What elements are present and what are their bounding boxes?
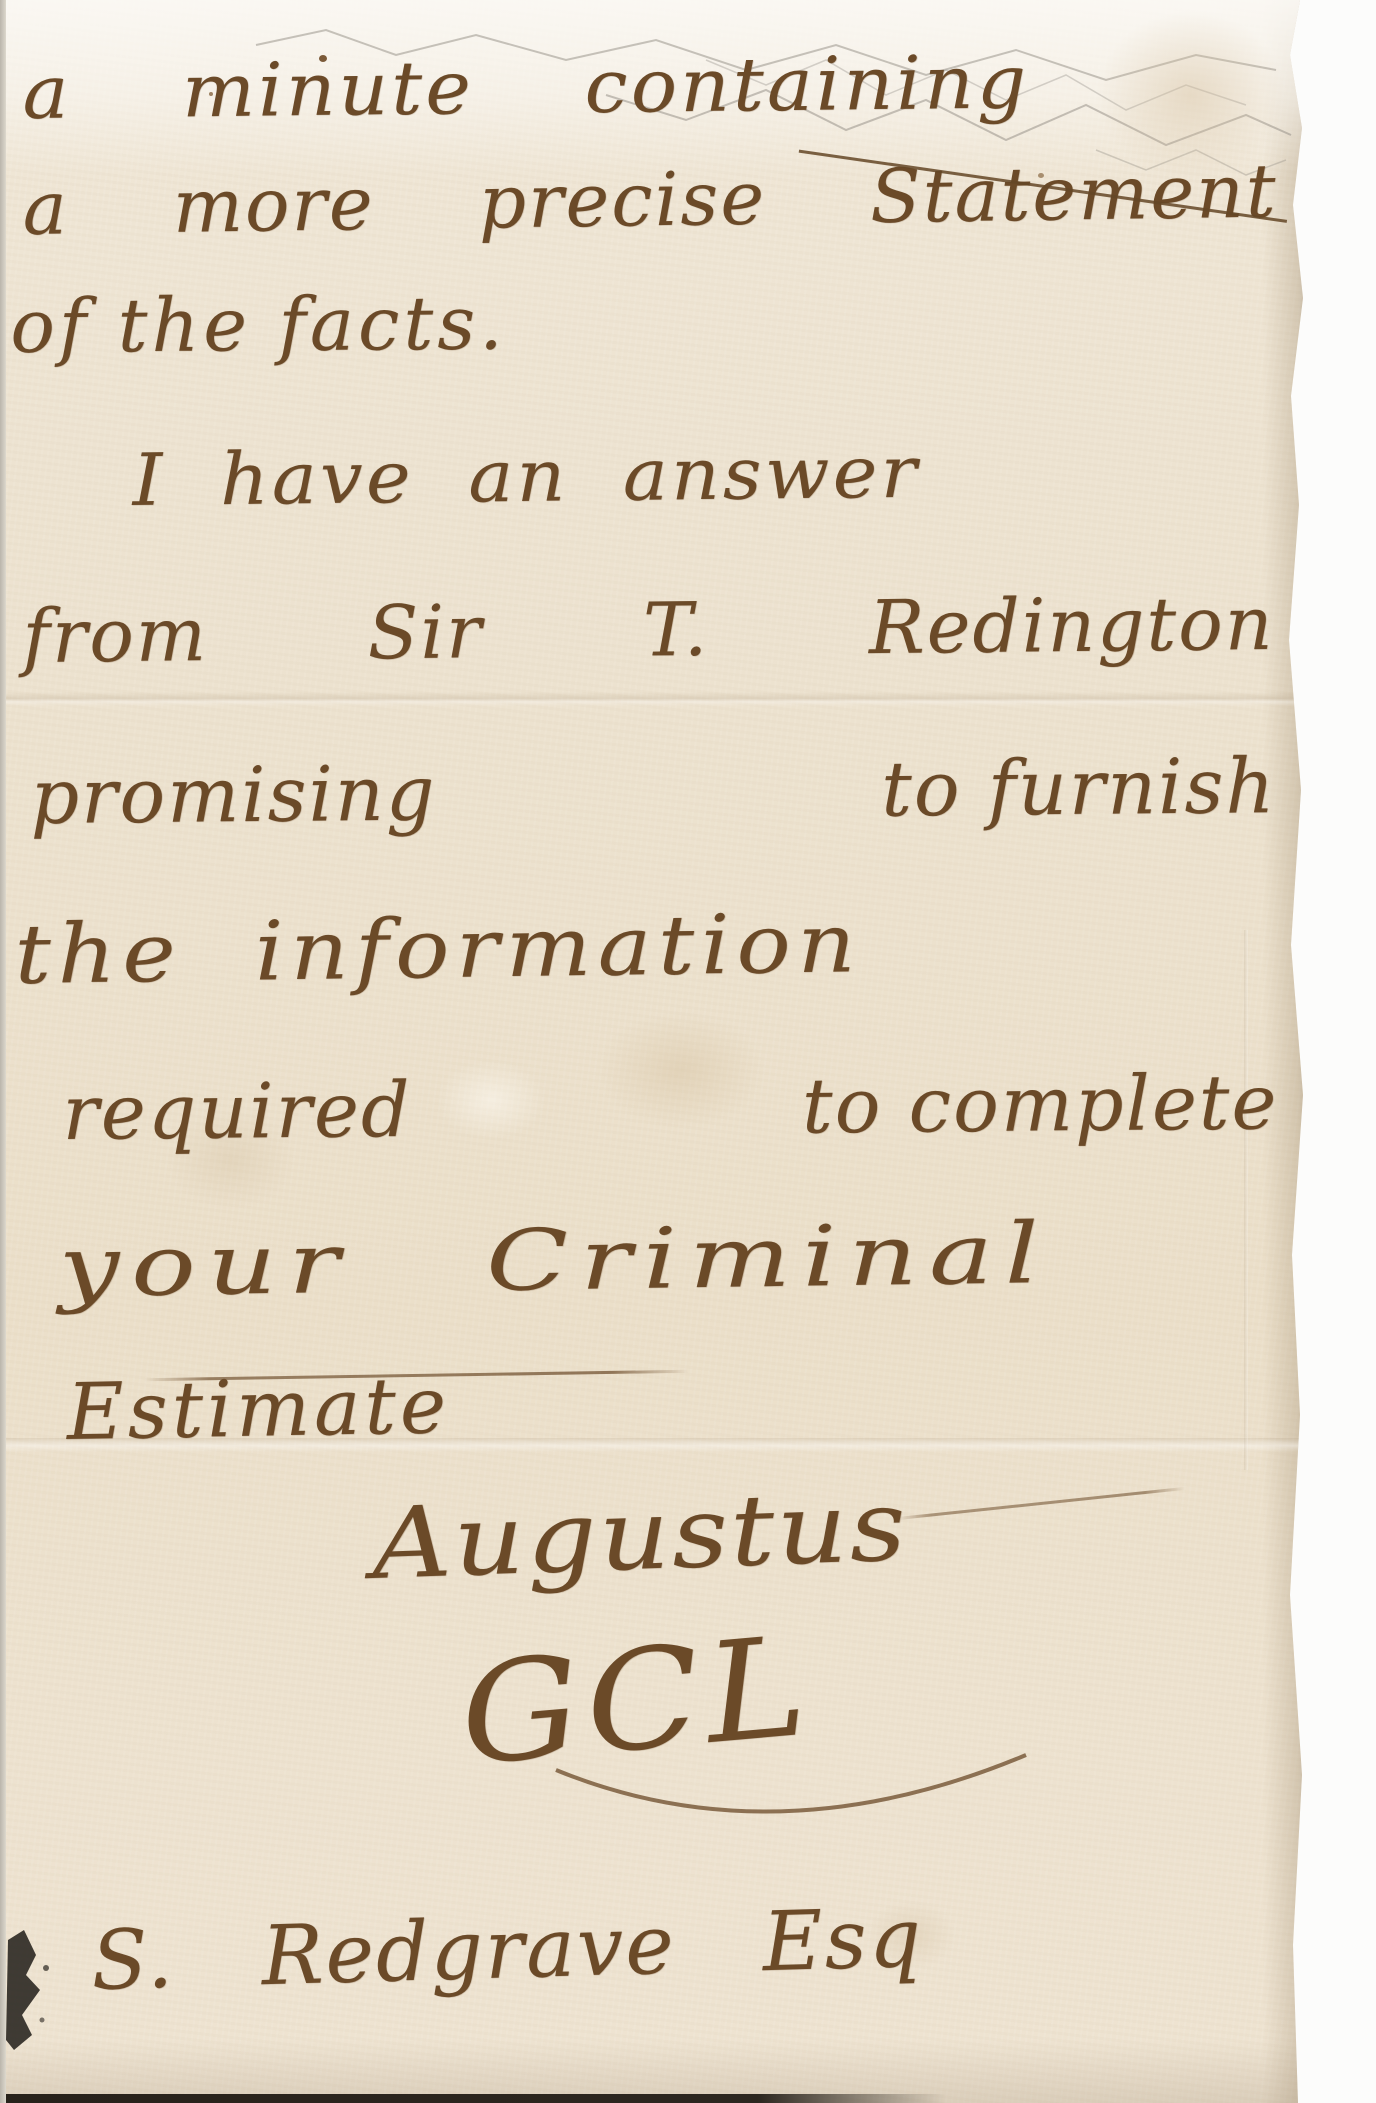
ink-blotch [6,1920,76,2060]
word: to furnish [881,741,1277,833]
flourish-stroke [897,1487,1186,1520]
struck-word: Statement [869,148,1278,240]
signature-flourish [546,1730,1066,1870]
word: Redgrave [260,1898,677,2005]
letter-paper-sheet: a minute containing a more precise State… [6,0,1308,2103]
word: precise [478,156,767,246]
word: more [172,161,375,250]
word: a [22,165,69,252]
word: promising [30,748,437,841]
letter-line-3: of the facts. [10,281,507,370]
word: a [22,49,72,136]
letter-line-8: required to complete [62,1057,1279,1157]
scan-bottom-shadow [6,2094,946,2103]
recipient-line: S. Redgrave Esq [90,1891,924,2009]
letter-line-4: I have an answer [132,430,920,522]
word: containing [584,39,1030,130]
closing-valediction: Augustus [370,1469,910,1602]
word: minute [182,45,475,134]
word: Sir [367,589,484,676]
word: Esq [761,1891,924,1990]
word: from [22,592,208,680]
letter-line-1: a minute containing [22,39,1030,136]
word: Redington [868,581,1274,671]
letter-line-7: the information [14,896,863,1003]
fold-crease [6,692,1308,706]
letter-line-6: promising to furnish [30,741,1277,841]
word: to complete [802,1057,1279,1150]
word: T. [643,587,710,674]
letter-line-5: from Sir T. Redington [22,581,1275,680]
fold-crease-vertical [1244,930,1248,1470]
word: S. [90,1912,176,2009]
letter-line-9: your Criminal [58,1204,1051,1316]
letter-line-2: a more precise Statement [22,148,1278,252]
word: required [62,1065,412,1157]
